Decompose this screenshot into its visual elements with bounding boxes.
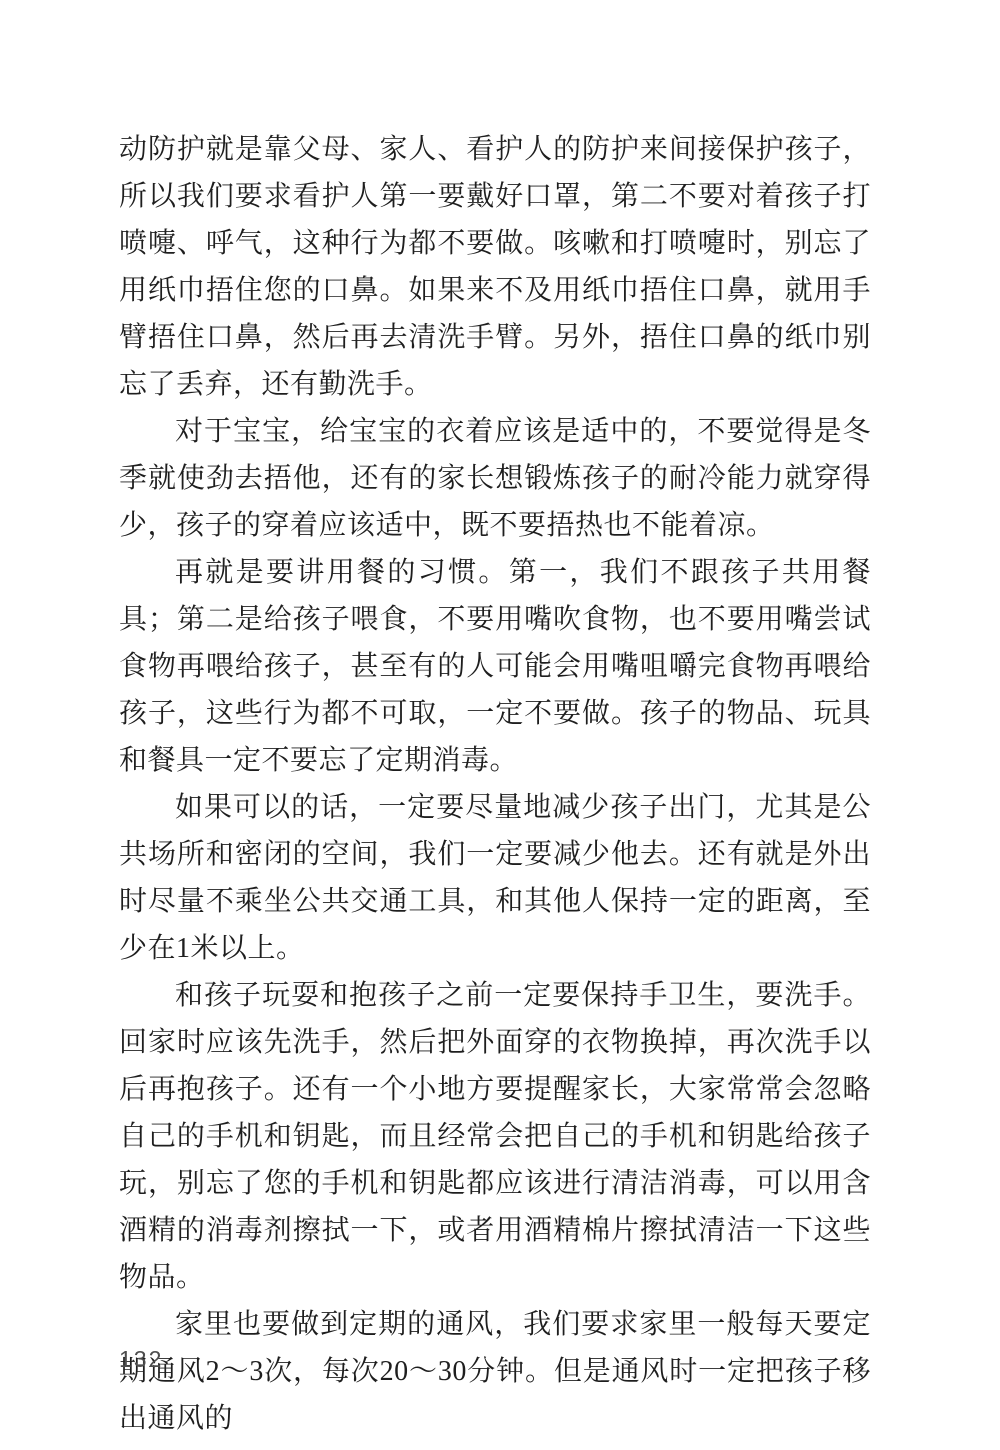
body-paragraph: 如果可以的话，一定要尽量地减少孩子出门，尤其是公共场所和密闭的空间，我们一定要减… bbox=[119, 784, 871, 972]
body-paragraph: 再就是要讲用餐的习惯。第一，我们不跟孩子共用餐具；第二是给孩子喂食，不要用嘴吹食… bbox=[119, 549, 871, 784]
body-paragraph: 动防护就是靠父母、家人、看护人的防护来间接保护孩子，所以我们要求看护人第一要戴好… bbox=[119, 126, 871, 408]
book-page: 动防护就是靠父母、家人、看护人的防护来间接保护孩子，所以我们要求看护人第一要戴好… bbox=[0, 0, 1000, 1450]
page-number: 132 bbox=[119, 1344, 163, 1374]
body-paragraph: 家里也要做到定期的通风，我们要求家里一般每天要定期通风2～3次，每次20～30分… bbox=[119, 1301, 871, 1442]
body-paragraph: 对于宝宝，给宝宝的衣着应该是适中的，不要觉得是冬季就使劲去捂他，还有的家长想锻炼… bbox=[119, 408, 871, 549]
body-paragraph: 和孩子玩耍和抱孩子之前一定要保持手卫生，要洗手。回家时应该先洗手，然后把外面穿的… bbox=[119, 972, 871, 1301]
page-text-body: 动防护就是靠父母、家人、看护人的防护来间接保护孩子，所以我们要求看护人第一要戴好… bbox=[119, 126, 871, 1442]
